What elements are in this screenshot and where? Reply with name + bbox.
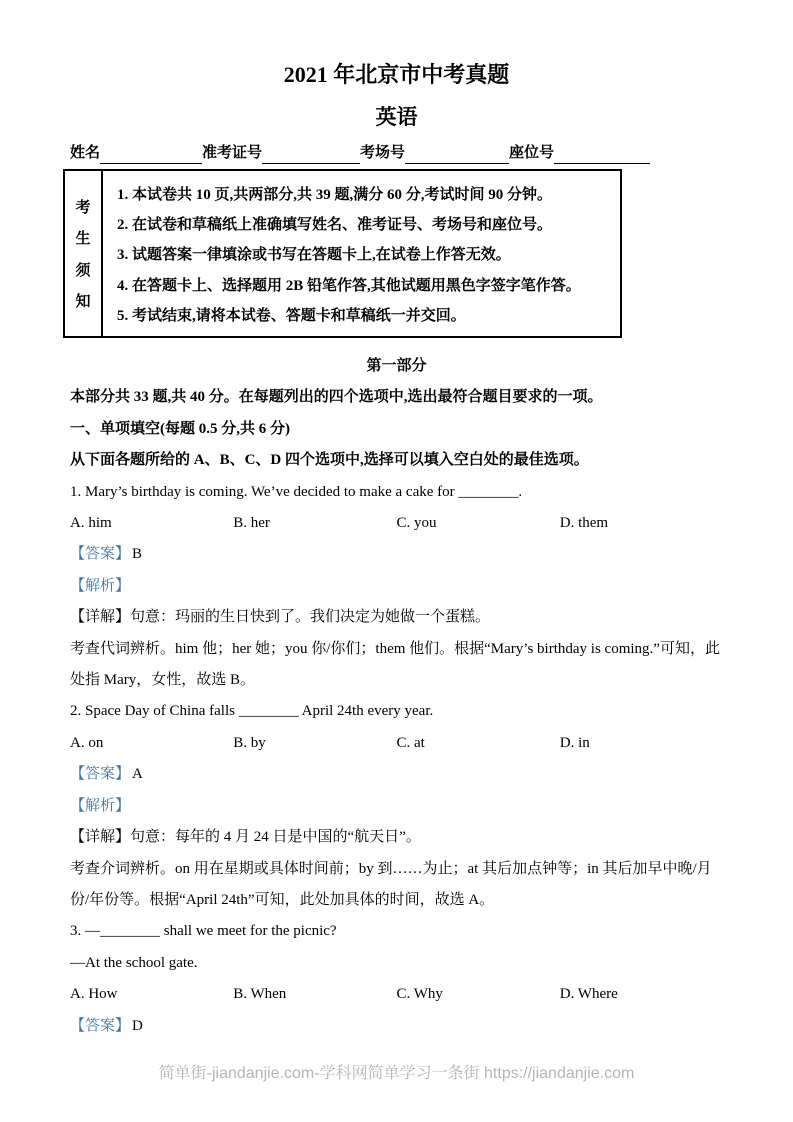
question-2-text: 2. Space Day of China falls ________ Apr… [70,696,723,727]
option-d: D. in [560,728,723,759]
option-c: C. at [397,728,560,759]
part-heading: 第一部分 [70,351,723,382]
option-c: C. Why [397,979,560,1010]
page-content: 2021 年北京市中考真题 英语 姓名准考证号考场号座位号 考 生 须 知 1.… [0,0,793,1042]
exam-page: 2021 年北京市中考真题 英语 姓名准考证号考场号座位号 考 生 须 知 1.… [0,0,793,1122]
question-2-detail-1: 【详解】句意：每年的 4 月 24 日是中国的“航天日”。 [70,822,723,853]
option-b: B. When [233,979,396,1010]
field-label-name: 姓名 [70,142,100,164]
question-2-analysis-line: 【解析】 [70,791,723,822]
admission-number-blank-line [262,145,360,164]
section-title: 一、单项填空(每题 0.5 分,共 6 分) [70,414,723,445]
name-blank-line [100,145,202,164]
option-c: C. you [397,508,560,539]
question-3-text-2: —At the school gate. [70,948,723,979]
notice-label-char: 考 [75,196,90,217]
field-label-admission-number: 准考证号 [202,142,262,164]
notice-item: 2. 在试卷和草稿纸上准确填写姓名、准考证号、考场号和座位号。 [117,210,610,240]
option-a: A. him [70,508,233,539]
notice-label-char: 生 [75,227,90,248]
option-b: B. by [233,728,396,759]
answer-label: 【答案】 [70,546,130,562]
answer-value: D [132,1018,143,1034]
section-instructions: 从下面各题所给的 A、B、C、D 四个选项中,选择可以填入空白处的最佳选项。 [70,445,723,476]
answer-value: A [132,766,143,782]
question-1-text: 1. Mary’s birthday is coming. We’ve deci… [70,477,723,508]
page-title: 2021 年北京市中考真题 [70,60,723,90]
analysis-label: 【解析】 [70,798,130,814]
question-3-text: 3. —________ shall we meet for the picni… [70,916,723,947]
notice-vertical-label: 考 生 须 知 [65,171,103,336]
notice-item: 1. 本试卷共 10 页,共两部分,共 39 题,满分 60 分,考试时间 90… [117,180,610,210]
page-subtitle: 英语 [70,102,723,132]
option-b: B. her [233,508,396,539]
notice-label-char: 知 [75,290,90,311]
field-label-exam-room: 考场号 [360,142,405,164]
candidate-notice-box: 考 生 须 知 1. 本试卷共 10 页,共两部分,共 39 题,满分 60 分… [63,169,622,338]
question-1-options: A. him B. her C. you D. them [70,508,723,539]
question-1-analysis-line: 【解析】 [70,571,723,602]
question-3-answer-line: 【答案】D [70,1011,723,1042]
question-3-options: A. How B. When C. Why D. Where [70,979,723,1010]
question-2-answer-line: 【答案】A [70,759,723,790]
question-2-options: A. on B. by C. at D. in [70,728,723,759]
question-1-detail-2: 考查代词辨析。him 他；her 她；you 你/你们；them 他们。根据“M… [70,634,723,697]
answer-label: 【答案】 [70,766,130,782]
exam-body: 第一部分 本部分共 33 题,共 40 分。在每题列出的四个选项中,选出最符合题… [70,351,723,1042]
candidate-info-row: 姓名准考证号考场号座位号 [70,142,723,164]
notice-item: 3. 试题答案一律填涂或书写在答题卡上,在试卷上作答无效。 [117,240,610,270]
notice-label-char: 须 [75,259,90,280]
notice-items: 1. 本试卷共 10 页,共两部分,共 39 题,满分 60 分,考试时间 90… [103,171,620,336]
analysis-label: 【解析】 [70,578,130,594]
question-1-answer-line: 【答案】B [70,539,723,570]
option-d: D. them [560,508,723,539]
seat-number-blank-line [554,145,650,164]
answer-label: 【答案】 [70,1018,130,1034]
option-a: A. How [70,979,233,1010]
answer-value: B [132,546,142,562]
exam-room-blank-line [405,145,509,164]
option-d: D. Where [560,979,723,1010]
notice-item: 5. 考试结束,请将本试卷、答题卡和草稿纸一并交回。 [117,301,610,331]
field-label-seat-number: 座位号 [509,142,554,164]
watermark-footer: 简单街-jiandanjie.com-学科网简单学习一条街 https://ji… [0,1064,793,1084]
question-2-detail-2: 考查介词辨析。on 用在星期或具体时间前；by 到……为止；at 其后加点钟等；… [70,854,723,917]
notice-item: 4. 在答题卡上、选择题用 2B 铅笔作答,其他试题用黑色字签字笔作答。 [117,271,610,301]
question-1-detail-1: 【详解】句意：玛丽的生日快到了。我们决定为她做一个蛋糕。 [70,602,723,633]
part-intro: 本部分共 33 题,共 40 分。在每题列出的四个选项中,选出最符合题目要求的一… [70,382,723,413]
option-a: A. on [70,728,233,759]
